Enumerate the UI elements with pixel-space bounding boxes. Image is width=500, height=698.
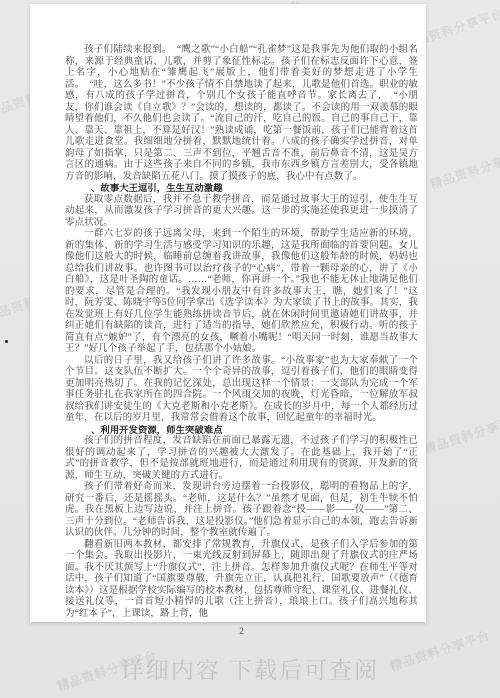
body-paragraph: 翻看新旧两本教材，都安排了常规教育，升旗仪式，是孩子们入学后参加的第一个集会。我… xyxy=(65,540,418,621)
document-page: 孩子们陆续来报到。 “鹰之歌”“小白船”“孔雀梦”这是我事先为他们取的小组名称，… xyxy=(30,4,426,622)
document-preview-screen: { "page": { "blocks": [ {"type":"paragra… xyxy=(0,0,500,698)
body-paragraph: 以后的日子里，我又给孩子们讲了许多故事。“小故事家”也为大家奉献了一个个节目。这… xyxy=(65,356,418,425)
watermark-text: 精品资料分享平台 xyxy=(422,409,500,457)
section-heading: 、利用开发资源，师生突破难点 xyxy=(65,425,418,437)
watermark-text: 精品资料分享平台 xyxy=(428,144,500,192)
margin-dot xyxy=(5,340,8,343)
section-heading: 、故事大王逗引，生生互动激趣 xyxy=(65,183,418,195)
page-text: 孩子们陆续来报到。 “鹰之歌”“小白船”“孔雀梦”这是我事先为他们取的小组名称，… xyxy=(30,4,426,638)
body-paragraph: 孩子们带着好奇而来，发现讲台旁边摆着一台投影仪，聪明的看物品上的字，研究一番后，… xyxy=(65,482,418,540)
body-paragraph: 孩子们的拼音程度，发音缺陷在前面已暴露无遗，不过孩子们学习的积极性已很好的调动起… xyxy=(65,436,418,482)
body-paragraph: 获取零点数据后，我并不急于教学拼音，而是通过故事大王的逗引，使生生互动起来，从而… xyxy=(65,195,418,230)
body-paragraph: 孩子们陆续来报到。 “鹰之歌”“小白船”“孔雀梦”这是我事先为他们取的小组名称，… xyxy=(65,45,418,183)
body-paragraph: 一群六七岁的孩子远离父母，来到一个陌生的环境，帮助学生适应新的环境，新的集体、新… xyxy=(65,229,418,356)
page-number: 2 xyxy=(65,626,418,638)
download-hint-text: 详细内容 下载后可查阅 xyxy=(0,652,500,685)
